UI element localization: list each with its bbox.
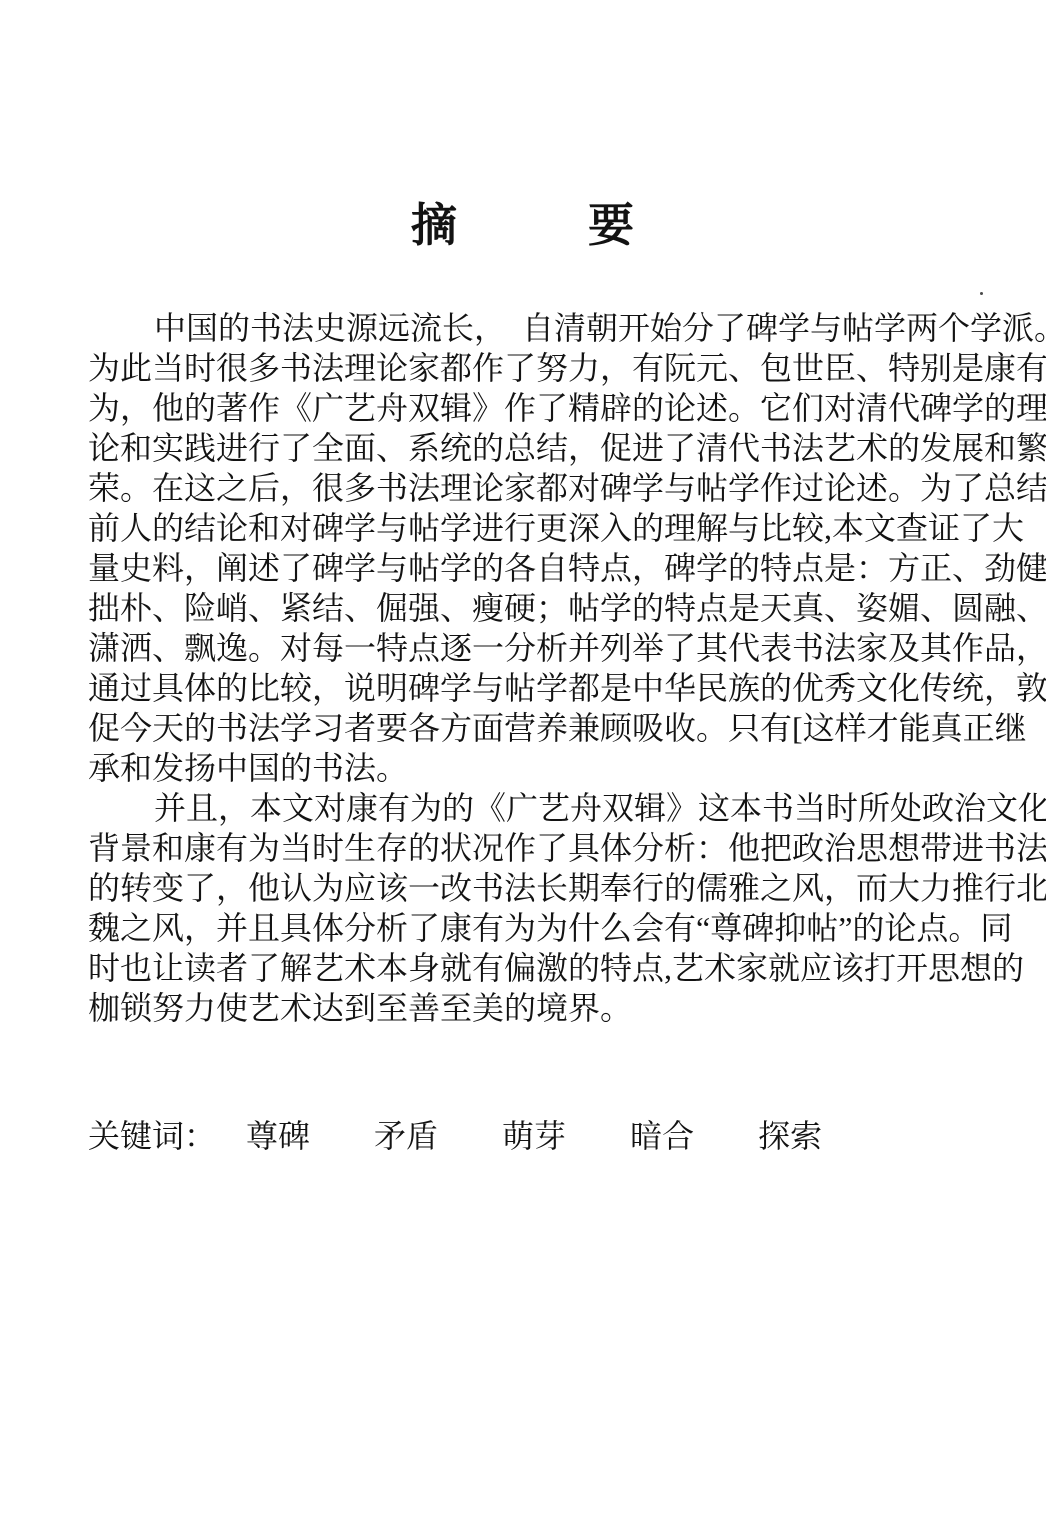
keyword-item: 尊碑 xyxy=(246,1116,310,1156)
abstract-line: 时也让读者了解艺术本身就有偏激的特点,艺术家就应该打开思想的 xyxy=(88,948,966,988)
abstract-line: 拙朴、险峭、紧结、倔强、瘦硬；帖学的特点是天真、姿媚、圆融、 xyxy=(88,588,966,628)
abstract-line: 背景和康有为当时生存的状况作了具体分析：他把政治思想带进书法 xyxy=(88,828,966,868)
abstract-line: 量史料，阐述了碑学与帖学的各自特点，碑学的特点是：方正、劲健、 xyxy=(88,548,966,588)
thesis-abstract-page: 摘 要 中国的书法史源远流长， 自清朝开始分了碑学与帖学两个学派。 为此当时很多… xyxy=(0,0,1046,1527)
abstract-line: 促今天的书法学习者要各方面营养兼顾吸收。只有[这样才能真正继 xyxy=(88,708,966,748)
abstract-line: 前人的结论和对碑学与帖学进行更深入的理解与比较,本文查证了大 xyxy=(88,508,966,548)
scan-artifact-dot xyxy=(980,292,983,295)
abstract-line: 荣。在这之后，很多书法理论家都对碑学与帖学作过论述。为了总结 xyxy=(88,468,966,508)
abstract-line: 的转变了，他认为应该一改书法长期奉行的儒雅之风，而大力推行北 xyxy=(88,868,966,908)
abstract-line: 为此当时很多书法理论家都作了努力，有阮元、包世臣、特别是康有 xyxy=(88,348,966,388)
title-char-right: 要 xyxy=(588,198,635,254)
abstract-line: 承和发扬中国的书法。 xyxy=(88,748,966,788)
keyword-item: 暗合 xyxy=(630,1116,694,1156)
keyword-item: 探索 xyxy=(758,1116,822,1156)
title-char-left: 摘 xyxy=(411,198,458,254)
abstract-line: 通过具体的比较，说明碑学与帖学都是中华民族的优秀文化传统，敦 xyxy=(88,668,966,708)
abstract-line: 潇洒、飘逸。对每一特点逐一分析并列举了其代表书法家及其作品， xyxy=(88,628,966,668)
keywords-label: 关键词： xyxy=(88,1116,216,1156)
abstract-line: 论和实践进行了全面、系统的总结，促进了清代书法艺术的发展和繁 xyxy=(88,428,966,468)
page-title: 摘 要 xyxy=(0,198,1046,254)
keyword-item: 矛盾 xyxy=(374,1116,438,1156)
abstract-line: 魏之风，并且具体分析了康有为为什么会有“尊碑抑帖”的论点。同 xyxy=(88,908,966,948)
keywords-row: 关键词： 尊碑 矛盾 萌芽 暗合 探索 xyxy=(88,1116,878,1156)
abstract-body: 中国的书法史源远流长， 自清朝开始分了碑学与帖学两个学派。 为此当时很多书法理论… xyxy=(88,308,966,1028)
abstract-line: 枷锁努力使艺术达到至善至美的境界。 xyxy=(88,988,966,1028)
abstract-line: 中国的书法史源远流长， 自清朝开始分了碑学与帖学两个学派。 xyxy=(88,308,966,348)
abstract-line: 并且，本文对康有为的《广艺舟双辑》这本书当时所处政治文化 xyxy=(88,788,966,828)
abstract-line: 为，他的著作《广艺舟双辑》作了精辟的论述。它们对清代碑学的理 xyxy=(88,388,966,428)
keyword-item: 萌芽 xyxy=(502,1116,566,1156)
